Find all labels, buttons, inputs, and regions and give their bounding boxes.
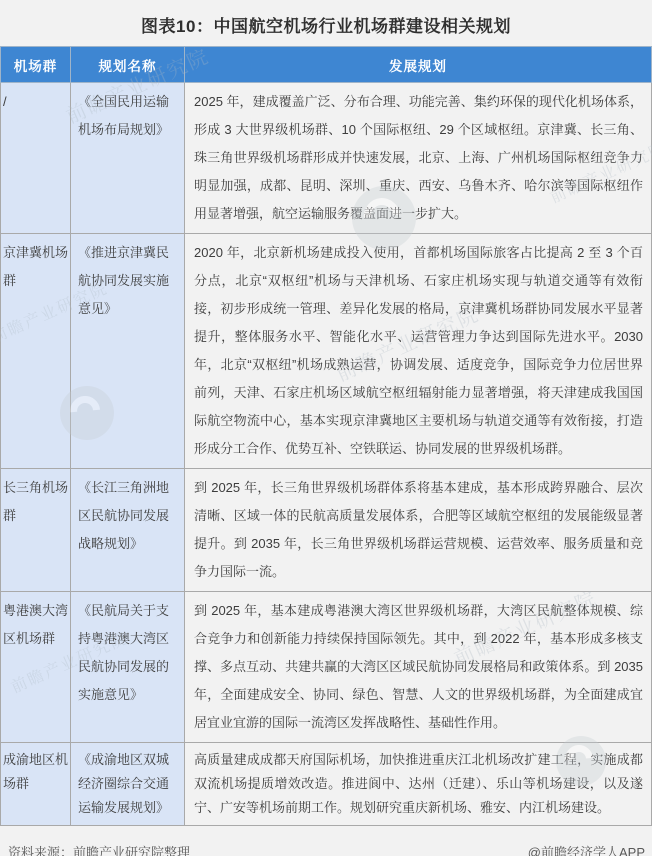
- table-row: / 《全国民用运输机场布局规划》 2025 年，建成覆盖广泛、分布合理、功能完善…: [1, 83, 652, 234]
- cell-development-plan: 到 2025 年，基本建成粤港澳大湾区世界级机场群，大湾区民航整体规模、综合竞争…: [185, 592, 652, 743]
- airport-cluster-plan-table: 机场群 规划名称 发展规划 / 《全国民用运输机场布局规划》 2025 年，建成…: [0, 46, 652, 826]
- cell-development-plan: 到 2025 年，长三角世界级机场群体系将基本建成，基本形成跨界融合、层次清晰、…: [185, 469, 652, 592]
- figure-page: 前瞻产业研究院 前瞻产业研究院 前瞻产业研究院 前瞻产业研究院 前瞻产业研究院 …: [0, 0, 652, 856]
- column-header-plan-name: 规划名称: [71, 47, 185, 83]
- table-row: 长三角机场群 《长江三角洲地区民航协同发展战略规划》 到 2025 年，长三角世…: [1, 469, 652, 592]
- table-row: 京津冀机场群 《推进京津冀民航协同发展实施意见》 2020 年，北京新机场建成投…: [1, 234, 652, 469]
- cell-cluster: 粤港澳大湾区机场群: [1, 592, 71, 743]
- column-header-cluster: 机场群: [1, 47, 71, 83]
- cell-plan-name: 《民航局关于支持粤港澳大湾区民航协同发展的实施意见》: [71, 592, 185, 743]
- credit-note: @前瞻经济学人APP: [528, 842, 645, 856]
- table-row: 粤港澳大湾区机场群 《民航局关于支持粤港澳大湾区民航协同发展的实施意见》 到 2…: [1, 592, 652, 743]
- table-row: 成渝地区机场群 《成渝地区双城经济圈综合交通运输发展规划》 高质量建成成都天府国…: [1, 743, 652, 826]
- source-note: 资料来源：前瞻产业研究院整理: [8, 842, 190, 856]
- cell-cluster: 长三角机场群: [1, 469, 71, 592]
- cell-development-plan: 高质量建成成都天府国际机场，加快推进重庆江北机场改扩建工程，实施成都双流机场提质…: [185, 743, 652, 826]
- page-title: 图表10：中国航空机场行业机场群建设相关规划: [0, 0, 652, 37]
- cell-development-plan: 2020 年，北京新机场建成投入使用，首都机场国际旅客占比提高 2 至 3 个百…: [185, 234, 652, 469]
- cell-plan-name: 《全国民用运输机场布局规划》: [71, 83, 185, 234]
- cell-development-plan: 2025 年，建成覆盖广泛、分布合理、功能完善、集约环保的现代化机场体系，形成 …: [185, 83, 652, 234]
- cell-plan-name: 《成渝地区双城经济圈综合交通运输发展规划》: [71, 743, 185, 826]
- cell-cluster: /: [1, 83, 71, 234]
- footer: 资料来源：前瞻产业研究院整理 @前瞻经济学人APP: [0, 842, 652, 856]
- cell-cluster: 成渝地区机场群: [1, 743, 71, 826]
- cell-cluster: 京津冀机场群: [1, 234, 71, 469]
- cell-plan-name: 《推进京津冀民航协同发展实施意见》: [71, 234, 185, 469]
- column-header-development-plan: 发展规划: [185, 47, 652, 83]
- cell-plan-name: 《长江三角洲地区民航协同发展战略规划》: [71, 469, 185, 592]
- table-header-row: 机场群 规划名称 发展规划: [1, 47, 652, 83]
